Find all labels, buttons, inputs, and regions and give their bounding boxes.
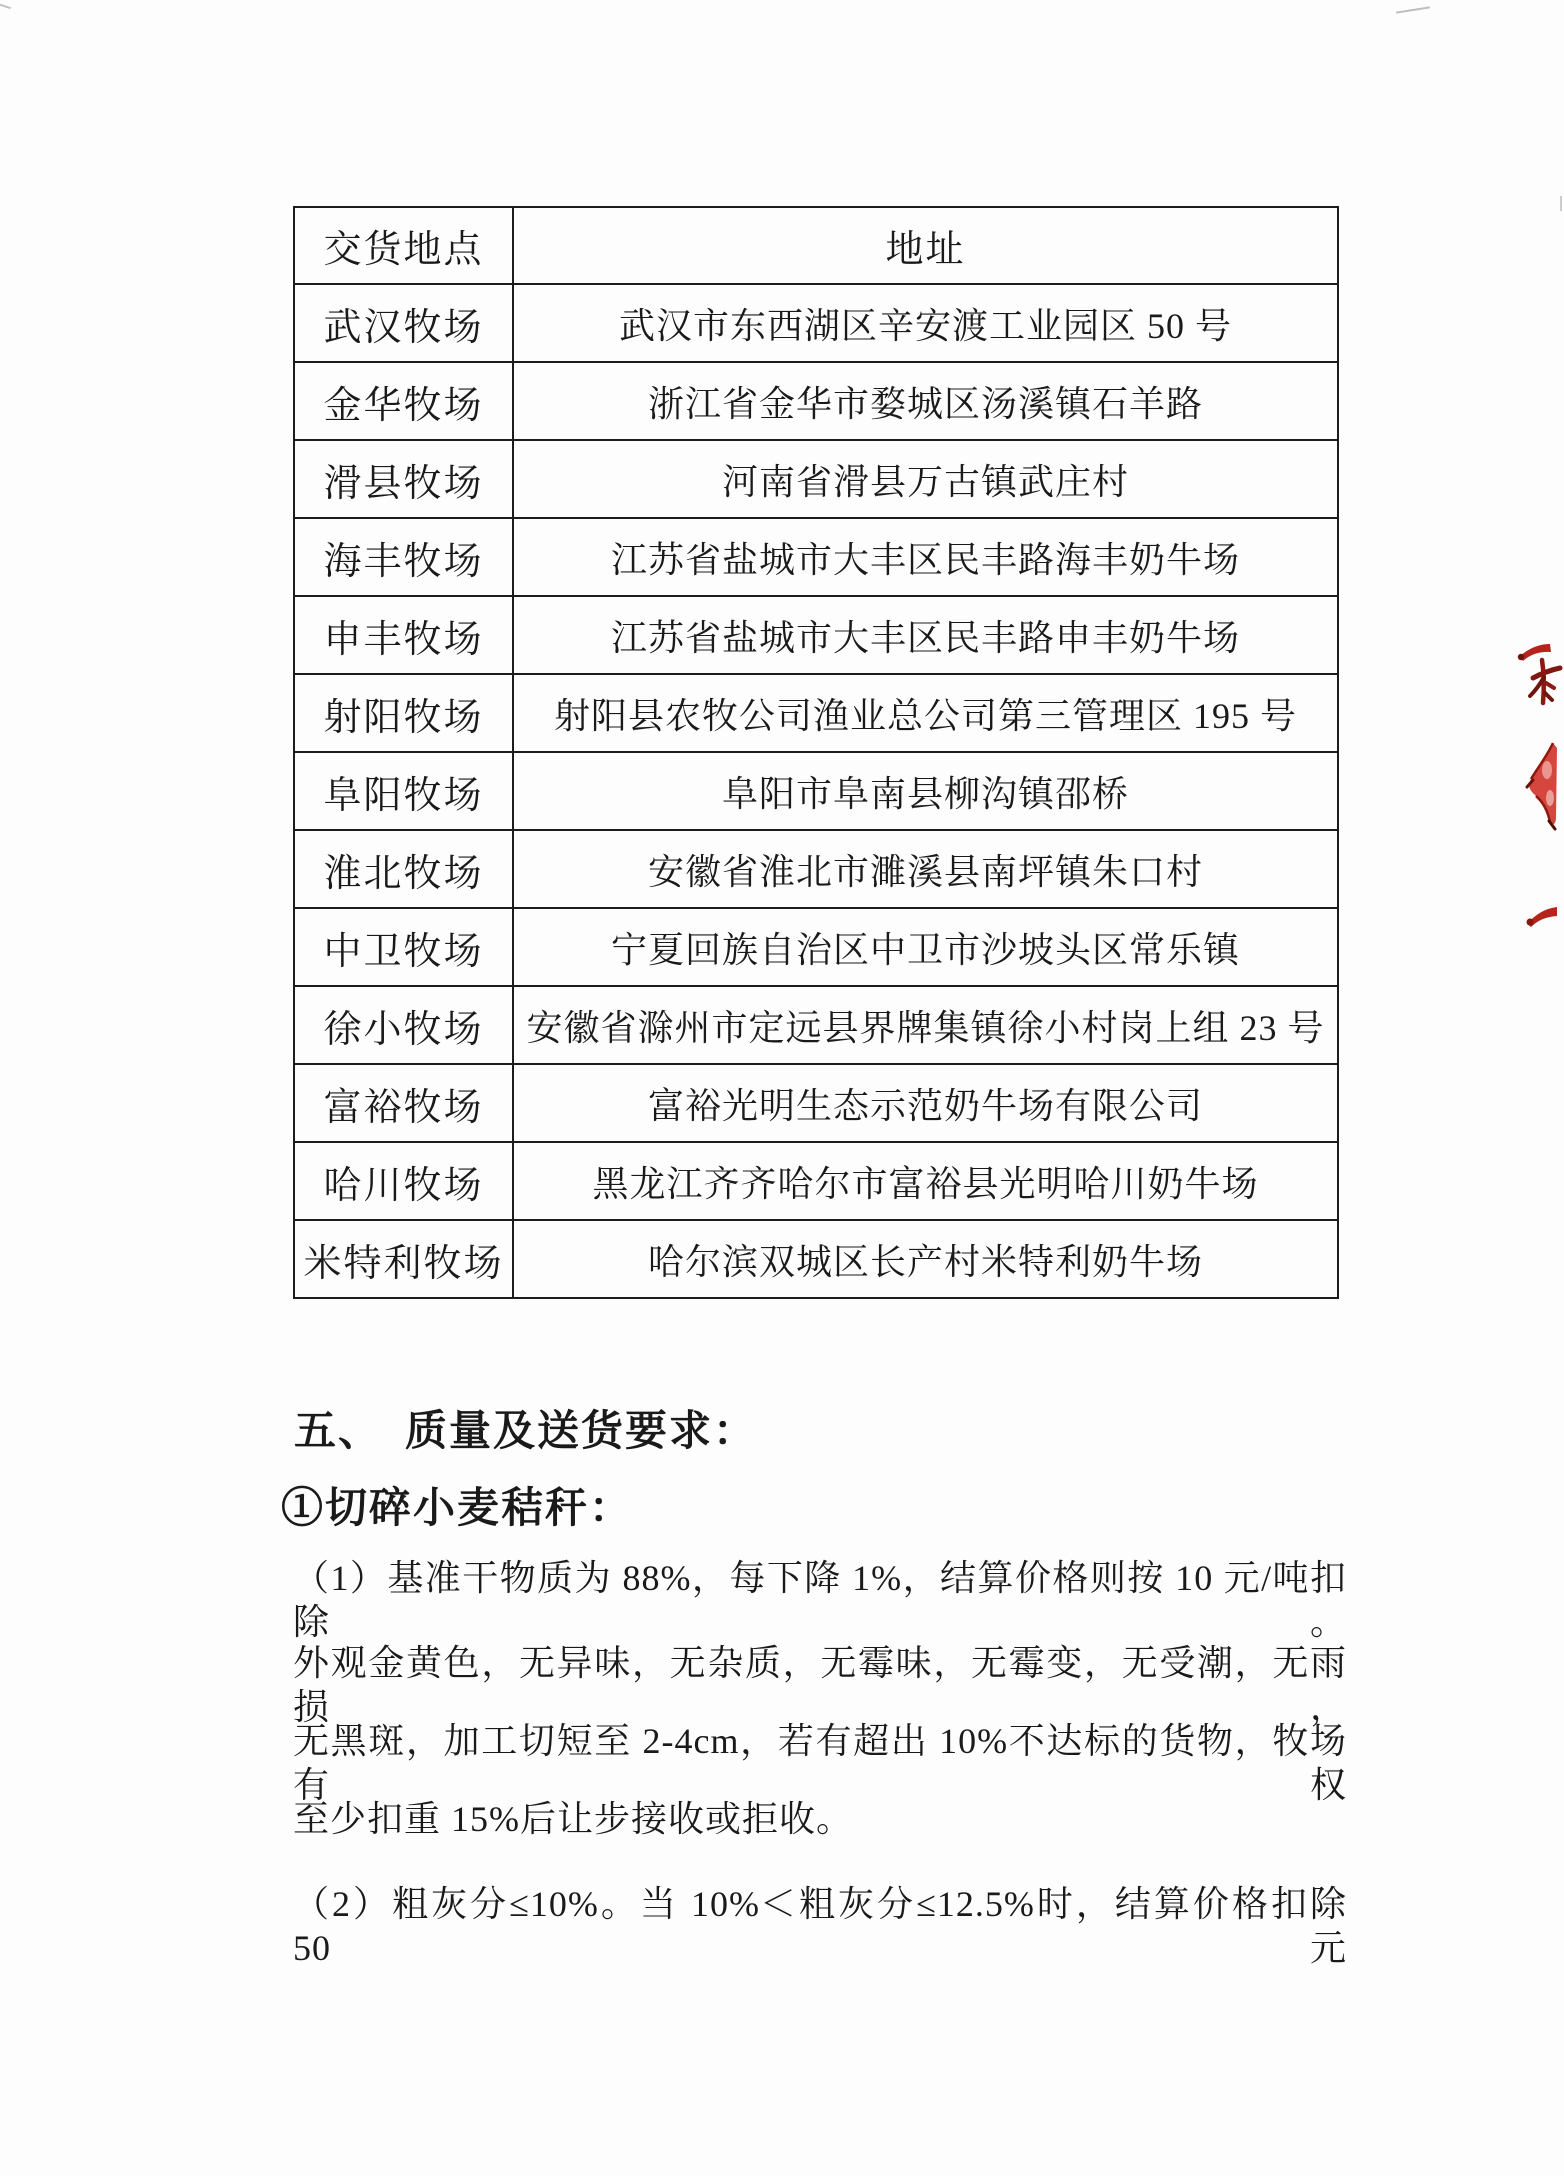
farm-name-cell: 富裕牧场 (294, 1064, 513, 1142)
handwritten-stroke-bottom-tip (1527, 919, 1534, 926)
address-cell: 江苏省盐城市大丰区民丰路海丰奶牛场 (513, 518, 1338, 596)
scanned-document-page: 交货地点 地址 武汉牧场武汉市东西湖区辛安渡工业园区 50 号 金华牧场浙江省金… (0, 0, 1564, 2176)
farm-name-cell: 米特利牧场 (294, 1220, 513, 1298)
farm-name-cell: 海丰牧场 (294, 518, 513, 596)
table-row: 米特利牧场哈尔滨双城区长产村米特利奶牛场 (294, 1220, 1338, 1298)
address-cell: 安徽省淮北市濉溪县南坪镇朱口村 (513, 830, 1338, 908)
section-heading: 五、 质量及送货要求： (294, 1398, 757, 1458)
handwritten-character-fragment (1530, 660, 1560, 703)
farm-name-cell: 中卫牧场 (294, 908, 513, 986)
farm-name-cell: 滑县牧场 (294, 440, 513, 518)
table-header-row: 交货地点 地址 (294, 207, 1338, 284)
red-ink-blob (1527, 743, 1557, 829)
handwritten-stroke-top (1520, 644, 1551, 661)
handwritten-red-annotations (1500, 630, 1564, 940)
paragraph-line: （2）粗灰分≤10%。当 10%＜粗灰分≤12.5%时，结算价格扣除 50 元 (293, 1882, 1347, 1970)
table-row: 金华牧场浙江省金华市婺城区汤溪镇石羊路 (294, 362, 1338, 440)
table-row: 富裕牧场富裕光明生态示范奶牛场有限公司 (294, 1064, 1338, 1142)
scan-artifact-top-left (0, 3, 11, 9)
table-row: 中卫牧场宁夏回族自治区中卫市沙坡头区常乐镇 (294, 908, 1338, 986)
address-cell: 河南省滑县万古镇武庄村 (513, 440, 1338, 518)
address-cell: 射阳县农牧公司渔业总公司第三管理区 195 号 (513, 674, 1338, 752)
paragraph-line: 至少扣重 15%后让步接收或拒收。 (293, 1797, 1347, 1841)
scan-artifact-right-edge (1560, 196, 1562, 211)
farm-name-cell: 金华牧场 (294, 362, 513, 440)
paragraph-line: 外观金黄色，无异味，无杂质，无霉味，无霉变，无受潮，无雨损， (293, 1641, 1347, 1729)
handwritten-stroke-top-tip (1518, 654, 1524, 660)
header-address: 地址 (513, 207, 1338, 284)
paragraph-line: （1）基准干物质为 88%，每下降 1%，结算价格则按 10 元/吨扣除。 (293, 1556, 1347, 1644)
farm-name-cell: 申丰牧场 (294, 596, 513, 674)
farm-name-cell: 徐小牧场 (294, 986, 513, 1064)
table-row: 滑县牧场河南省滑县万古镇武庄村 (294, 440, 1338, 518)
paragraph-line: 无黑斑，加工切短至 2-4cm，若有超出 10%不达标的货物，牧场有权 (293, 1719, 1347, 1807)
address-cell: 黑龙江齐齐哈尔市富裕县光明哈川奶牛场 (513, 1142, 1338, 1220)
header-delivery-location: 交货地点 (294, 207, 513, 284)
address-cell: 浙江省金华市婺城区汤溪镇石羊路 (513, 362, 1338, 440)
address-cell: 江苏省盐城市大丰区民丰路申丰奶牛场 (513, 596, 1338, 674)
delivery-locations-table: 交货地点 地址 武汉牧场武汉市东西湖区辛安渡工业园区 50 号 金华牧场浙江省金… (293, 206, 1339, 1299)
subsection-heading: ①切碎小麦秸秆： (281, 1475, 633, 1535)
table-row: 射阳牧场射阳县农牧公司渔业总公司第三管理区 195 号 (294, 674, 1338, 752)
farm-name-cell: 射阳牧场 (294, 674, 513, 752)
address-cell: 阜阳市阜南县柳沟镇邵桥 (513, 752, 1338, 830)
table-row: 申丰牧场江苏省盐城市大丰区民丰路申丰奶牛场 (294, 596, 1338, 674)
farm-name-cell: 淮北牧场 (294, 830, 513, 908)
table-row: 淮北牧场安徽省淮北市濉溪县南坪镇朱口村 (294, 830, 1338, 908)
address-cell: 宁夏回族自治区中卫市沙坡头区常乐镇 (513, 908, 1338, 986)
farm-name-cell: 阜阳牧场 (294, 752, 513, 830)
farm-name-cell: 武汉牧场 (294, 284, 513, 362)
address-cell: 安徽省滁州市定远县界牌集镇徐小村岗上组 23 号 (513, 986, 1338, 1064)
scan-artifact-top-right (1396, 6, 1430, 13)
table-row: 哈川牧场黑龙江齐齐哈尔市富裕县光明哈川奶牛场 (294, 1142, 1338, 1220)
table-row: 武汉牧场武汉市东西湖区辛安渡工业园区 50 号 (294, 284, 1338, 362)
table-row: 徐小牧场安徽省滁州市定远县界牌集镇徐小村岗上组 23 号 (294, 986, 1338, 1064)
address-cell: 哈尔滨双城区长产村米特利奶牛场 (513, 1220, 1338, 1298)
address-cell: 富裕光明生态示范奶牛场有限公司 (513, 1064, 1338, 1142)
farm-name-cell: 哈川牧场 (294, 1142, 513, 1220)
address-cell: 武汉市东西湖区辛安渡工业园区 50 号 (513, 284, 1338, 362)
table-row: 海丰牧场江苏省盐城市大丰区民丰路海丰奶牛场 (294, 518, 1338, 596)
table-row: 阜阳牧场阜阳市阜南县柳沟镇邵桥 (294, 752, 1338, 830)
